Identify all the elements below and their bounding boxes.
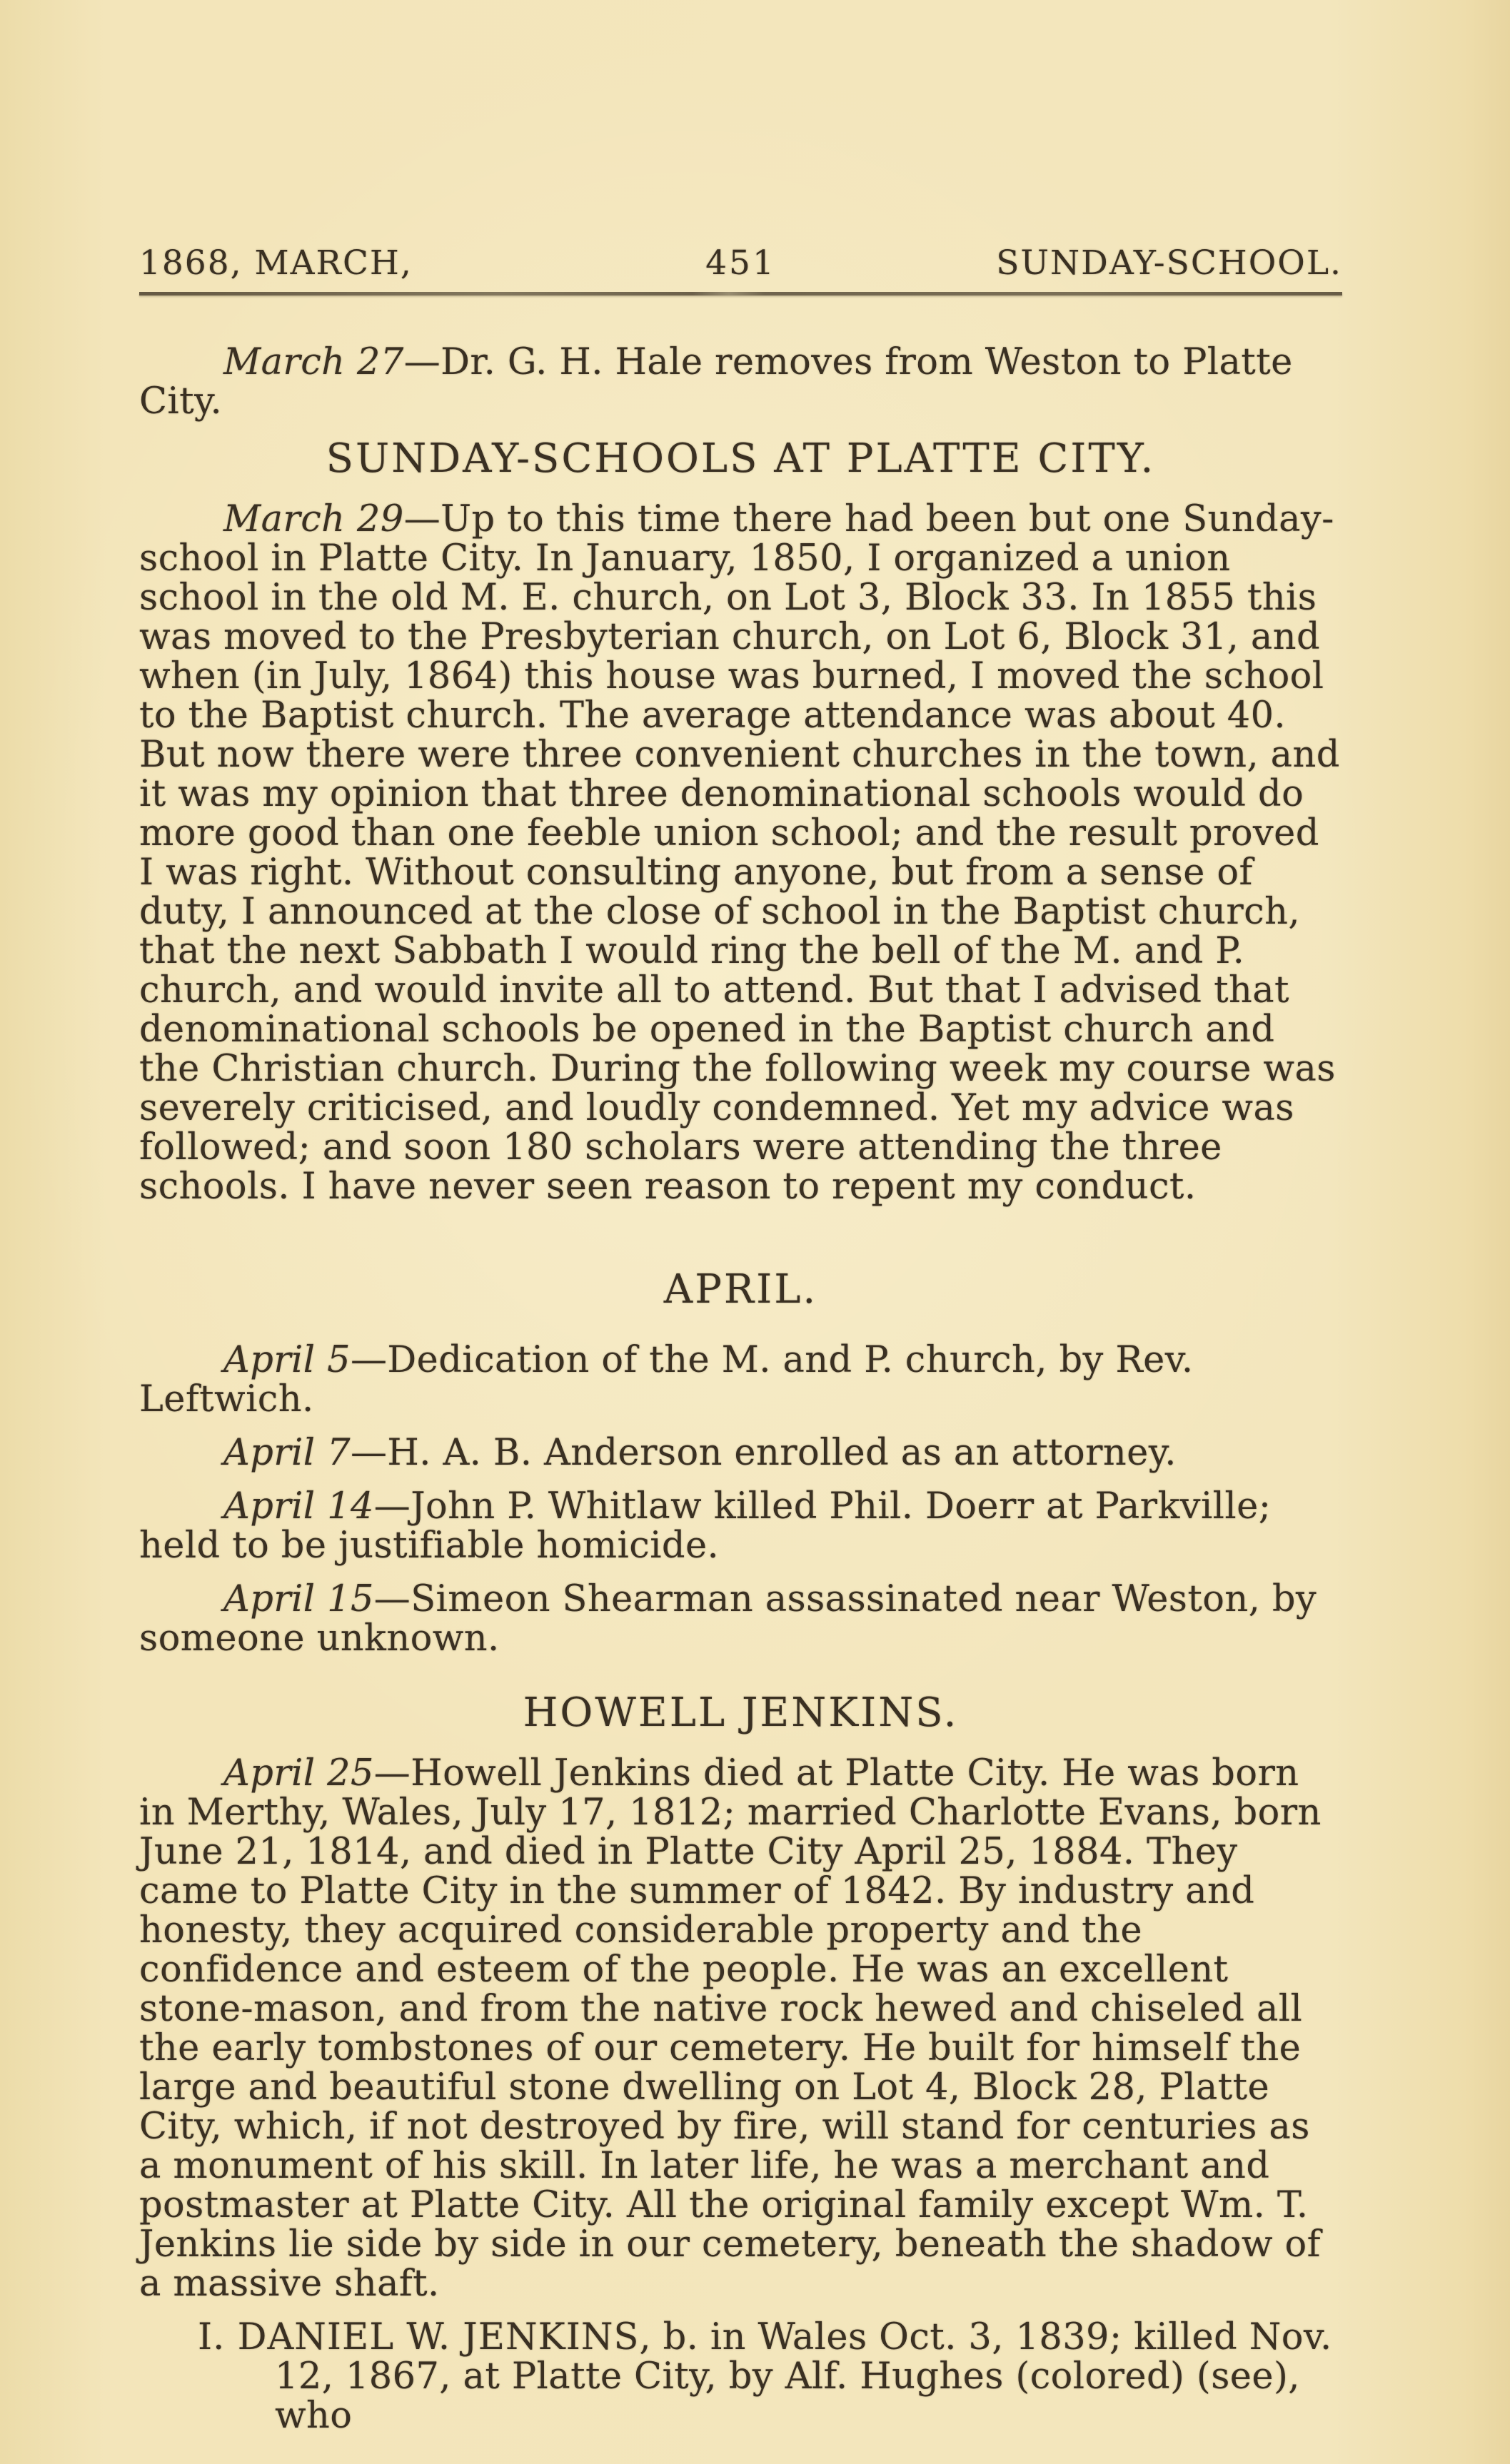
section-heading-april: APRIL. <box>139 1268 1342 1312</box>
entry-date-april-7: April 7 <box>223 1432 351 1474</box>
entry-april-25: April 25—Howell Jenkins died at Platte C… <box>139 1754 1342 2303</box>
entry-date-april-15: April 15 <box>223 1578 374 1620</box>
header-rule <box>139 292 1342 296</box>
entry-march-27: March 27—Dr. G. H. Hale removes from Wes… <box>139 343 1342 421</box>
entry-march-29: March 29—Up to this time there had been … <box>139 500 1342 1206</box>
section-heading-howell-jenkins: HOWELL JENKINS. <box>139 1691 1342 1735</box>
entry-april-14: April 14—John P. Whitlaw killed Phil. Do… <box>139 1487 1342 1565</box>
book-page-scan: 1868, MARCH, 451 SUNDAY-SCHOOL. March 27… <box>0 0 1510 2464</box>
entry-date-april-25: April 25 <box>223 1752 374 1794</box>
entry-text-march-29: —Up to this time there had been but one … <box>139 498 1340 1208</box>
section-heading-sunday-schools: SUNDAY-SCHOOLS AT PLATTE CITY. <box>139 437 1342 481</box>
running-head-date: 1868, MARCH, <box>139 246 705 281</box>
entry-date-march-29: March 29 <box>223 498 404 540</box>
running-head: 1868, MARCH, 451 SUNDAY-SCHOOL. <box>139 246 1342 281</box>
entry-text-april-7: —H. A. B. Anderson enrolled as an attorn… <box>351 1432 1177 1474</box>
genealogy-entry-name: I. DANIEL W. JENKINS <box>198 2316 639 2358</box>
page-number: 451 <box>705 246 776 281</box>
entry-text-april-25: —Howell Jenkins died at Platte City. He … <box>139 1752 1322 2305</box>
entry-date-march-27: March 27 <box>223 341 404 383</box>
entry-date-april-5: April 5 <box>223 1339 351 1381</box>
entry-date-april-14: April 14 <box>223 1485 374 1528</box>
running-head-title: SUNDAY-SCHOOL. <box>776 246 1342 281</box>
entry-april-15: April 15—Simeon Shearman assassinated ne… <box>139 1580 1342 1658</box>
entry-april-7: April 7—H. A. B. Anderson enrolled as an… <box>139 1433 1342 1473</box>
entry-daniel-w-jenkins: I. DANIEL W. JENKINS, b. in Wales Oct. 3… <box>139 2318 1342 2435</box>
entry-april-5: April 5—Dedication of the M. and P. chur… <box>139 1340 1342 1419</box>
